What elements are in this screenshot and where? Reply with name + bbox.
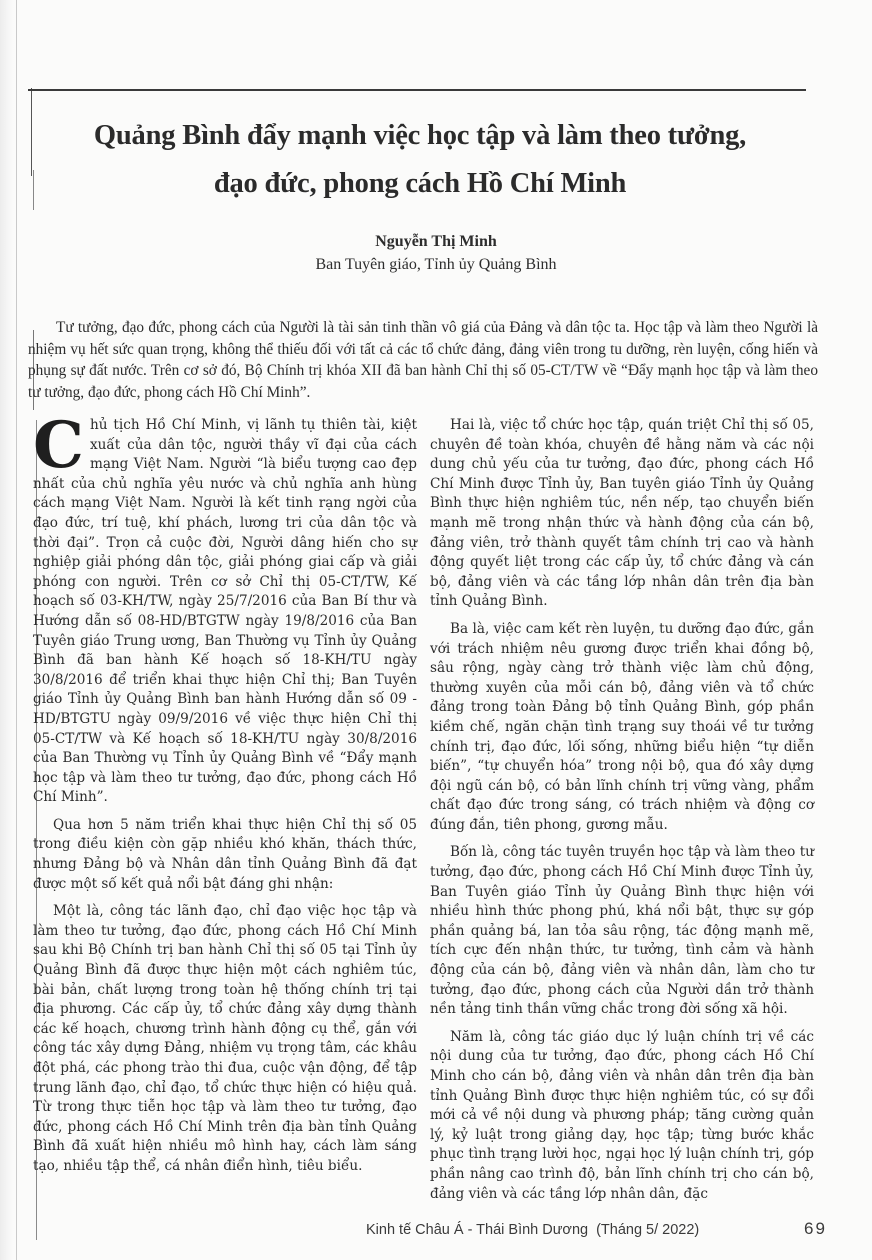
- paragraph: Một là, công tác lãnh đạo, chỉ đạo việc …: [33, 902, 417, 1176]
- paragraph: Qua hơn 5 năm triển khai thực hiện Chỉ t…: [33, 816, 417, 894]
- author-name: Nguyễn Thị Minh: [0, 233, 872, 251]
- paragraph: Năm là, công tác giáo dục lý luận chính …: [430, 1028, 814, 1204]
- page-number: 69: [804, 1219, 827, 1239]
- scan-edge-shadow: [0, 0, 14, 1260]
- page-footer: Kinh tế Châu Á - Thái Bình Dương(Tháng 5…: [366, 1222, 699, 1238]
- issue-date: (Tháng 5/ 2022): [596, 1222, 699, 1238]
- title-line-1: Quảng Bình đẩy mạnh việc học tập và làm …: [94, 120, 746, 151]
- body-right-column: Hai là, việc tổ chức học tập, quán triệt…: [430, 416, 814, 1212]
- binding-line: [16, 0, 17, 1260]
- paragraph: Bốn là, công tác tuyên truyền học tập và…: [430, 843, 814, 1019]
- drop-cap: C: [33, 418, 84, 474]
- journal-name: Kinh tế Châu Á - Thái Bình Dương: [366, 1222, 588, 1238]
- body-left-column: Chủ tịch Hồ Chí Minh, vị lãnh tụ thiên t…: [33, 416, 417, 1185]
- paragraph: Ba là, việc cam kết rèn luyện, tu dưỡng …: [430, 620, 814, 836]
- paragraph-text: hủ tịch Hồ Chí Minh, vị lãnh tụ thiên tà…: [33, 417, 417, 805]
- abstract: Tư tưởng, đạo đức, phong cách của Người …: [28, 317, 818, 403]
- paragraph: Hai là, việc tổ chức học tập, quán triệt…: [430, 416, 814, 612]
- paragraph: Chủ tịch Hồ Chí Minh, vị lãnh tụ thiên t…: [33, 416, 417, 808]
- article-title: Quảng Bình đẩy mạnh việc học tập và làm …: [20, 112, 820, 208]
- header-rule: [28, 89, 806, 91]
- title-line-2: đạo đức, phong cách Hồ Chí Minh: [214, 168, 626, 199]
- author-affiliation: Ban Tuyên giáo, Tỉnh ủy Quảng Bình: [0, 256, 872, 274]
